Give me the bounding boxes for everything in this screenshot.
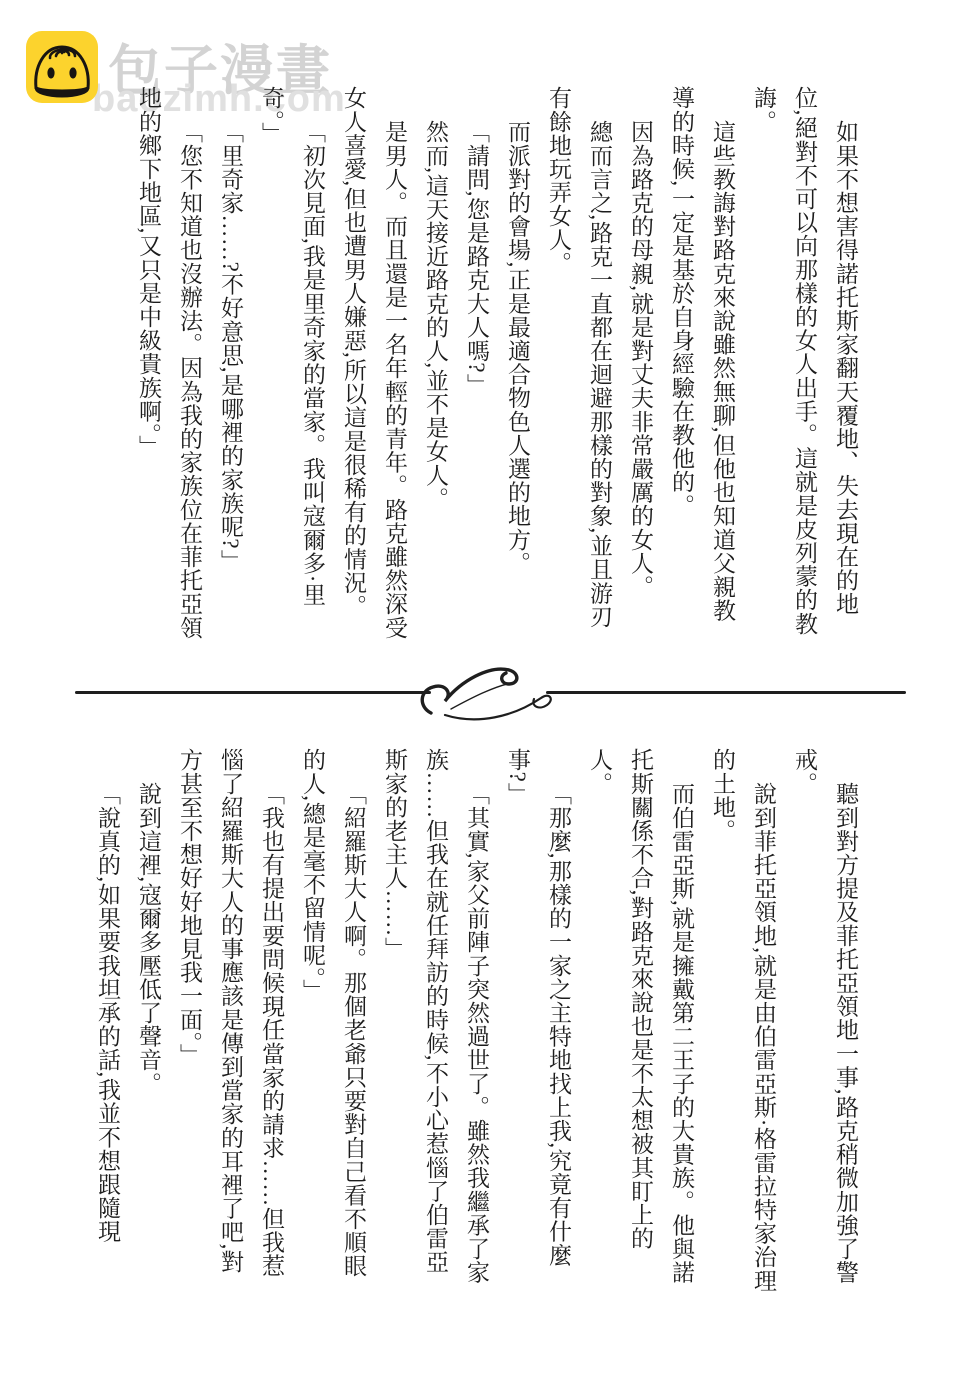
paragraph: 「您不知道也沒辦法。因為我的家族位在菲托亞領地的鄉下地區,又只是中級貴族啊。」 <box>128 86 210 644</box>
baozi-logo-icon <box>26 31 98 103</box>
paragraph: 說到這裡,寇爾多壓低了聲音。 <box>128 748 169 1293</box>
paragraph: 「紹羅斯大人啊。那個老爺只要對自己看不順眼的人,總是毫不留情呢。」 <box>292 748 374 1293</box>
paragraph: 而派對的會場,正是最適合物色人選的地方。 <box>497 86 538 644</box>
paragraph: 是男人。而且還是一名年輕的青年。路克雖然深受女人喜愛,但也遭男人嫌惡,所以這是很… <box>333 86 415 644</box>
paragraph: 然而,這天接近路克的人,並不是女人。 <box>415 86 456 644</box>
divider-line-right <box>546 691 906 694</box>
paragraph: 聽到對方提及菲托亞領地一事,路克稍微加強了警戒。 <box>784 748 866 1293</box>
paragraph: 「其實,家父前陣子突然過世了。雖然我繼承了家族……但我在就任拜訪的時候,不小心惹… <box>374 748 497 1293</box>
paragraph: 「我也有提出要問候現任當家的請求……但我惹惱了紹羅斯大人的事應該是傳到當家的耳裡… <box>169 748 292 1293</box>
paragraph: 這些教誨對路克來說雖然無聊,但他也知道父親教導的時候,一定是基於自身經驗在教他的… <box>661 86 743 644</box>
paragraph: 說到菲托亞領地,就是由伯雷亞斯·格雷拉特家治理的土地。 <box>702 748 784 1293</box>
paragraph: 而伯雷亞斯,就是擁戴第二王子的大貴族。他與諾托斯關係不合,對路克來說也是不太想被… <box>579 748 702 1293</box>
paragraph: 「里奇家……?不好意思,是哪裡的家族呢?」 <box>210 86 251 644</box>
divider-flourish-icon <box>415 653 560 735</box>
top-text-section: 如果不想害得諾托斯家翻天覆地、失去現在的地位,絕對不可以向那樣的女人出手。這就是… <box>78 86 866 644</box>
paragraph: 如果不想害得諾托斯家翻天覆地、失去現在的地位,絕對不可以向那樣的女人出手。這就是… <box>743 86 866 644</box>
divider-line-left <box>75 691 431 694</box>
paragraph: 因為路克的母親,就是對丈夫非常嚴厲的女人。 <box>620 86 661 644</box>
paragraph: 「請問,您是路克大人嗎?」 <box>456 86 497 644</box>
paragraph: 「初次見面,我是里奇家的當家。我叫寇爾多·里奇。」 <box>251 86 333 644</box>
paragraph: 「那麼,那樣的一家之主特地找上我,究竟有什麼事?」 <box>497 748 579 1293</box>
paragraph: 總而言之,路克一直都在迴避那樣的對象,並且游刃有餘地玩弄女人。 <box>538 86 620 644</box>
bottom-text-section: 聽到對方提及菲托亞領地一事,路克稍微加強了警戒。 說到菲托亞領地,就是由伯雷亞斯… <box>78 748 866 1293</box>
paragraph: 「說真的,如果要我坦承的話,我並不想跟隨現 <box>87 748 128 1293</box>
novel-page: 包子漫畫 baozimh.com 如果不想害得諾托斯家翻天覆地、失去現在的地位,… <box>0 0 980 1389</box>
